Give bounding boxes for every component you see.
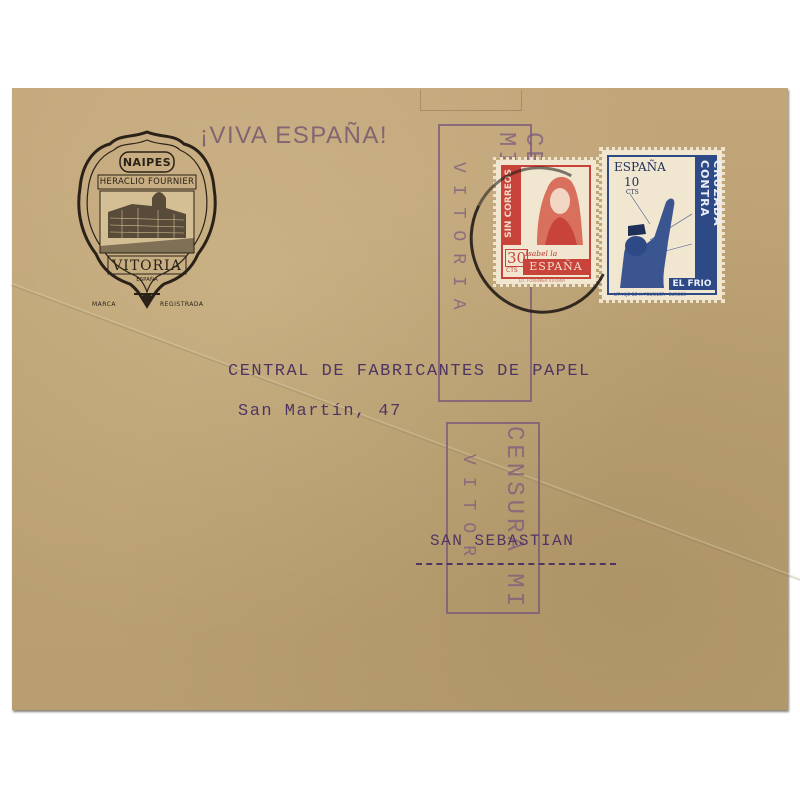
postage-stamp-blue: ESPAÑA 10 CTS CRUZADA CONTRA EL FRIO LIT… [602,150,722,300]
censor-mark-line2: VITORIA [448,162,468,322]
letterhead-country: ESPAÑA [72,277,222,283]
envelope-flap-edge [420,90,522,111]
stamp-value: 10 [624,175,639,189]
envelope-fold-crease [11,283,800,587]
stamp-side-band: CRUZADA CONTRA [695,157,715,281]
letterhead-title: NAIPES [72,156,222,169]
trademark-left: MARCA [92,301,116,308]
recipient-city: SAN SEBASTIAN [430,532,574,550]
trademark-right: REGISTRADA [160,301,204,308]
stamp-printer: LIT. HIJO DE H. FOURNIER - BURGOS [614,292,686,297]
envelope: NAIPES HERACLIO FOURNIER VITORIA ESPAÑA … [12,88,788,710]
city-underline [416,563,616,565]
recipient-name: CENTRAL DE FABRICANTES DE PAPEL [228,362,591,381]
censor-mark-line2: VITOR [458,454,478,568]
letterhead-logo: NAIPES HERACLIO FOURNIER VITORIA ESPAÑA … [72,128,222,312]
letterhead-company: HERACLIO FOURNIER [72,177,222,187]
stamp-bottom-text: EL FRIO [669,278,715,290]
stamp-country: ESPAÑA [614,160,666,174]
recipient-street: San Martín, 47 [238,402,402,421]
letterhead-city: VITORIA [72,258,222,274]
censor-mark-line1: CENSURA MI [500,426,527,610]
censor-mark: CENSURA MI VITOR [446,422,540,614]
stamp-side-text: CRUZADA CONTRA [698,160,724,281]
warrior-figure-icon [610,194,692,288]
slogan-stamp: ¡VIVA ESPAÑA! [200,122,388,150]
